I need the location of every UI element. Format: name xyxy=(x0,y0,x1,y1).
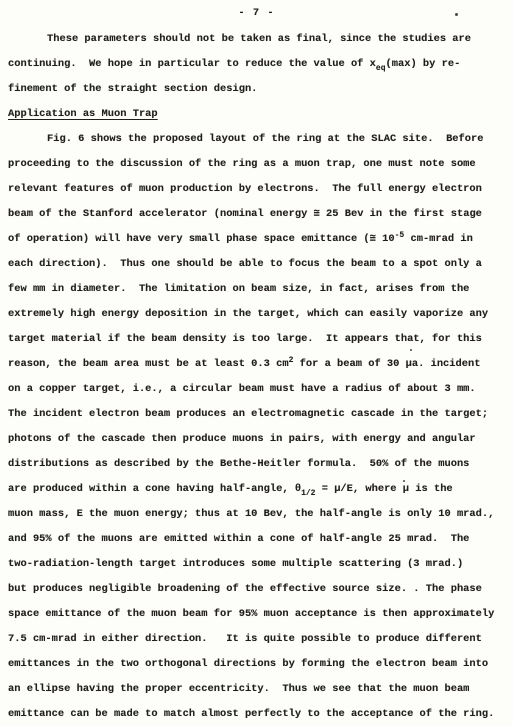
page-number: - 7 - xyxy=(0,7,513,19)
text-line: of operation) will have very small phase… xyxy=(8,227,509,252)
text-line: photons of the cascade then produce muon… xyxy=(8,427,509,452)
text-segment: are produced within a cone having half-a… xyxy=(8,483,301,495)
section-heading: Application as Muon Trap xyxy=(8,102,509,127)
text-block: These parameters should not be taken as … xyxy=(8,27,509,726)
text-segment: cm-mrad in xyxy=(404,233,473,245)
text-line: two-radiation-length target introduces s… xyxy=(8,552,509,577)
text-segment: Application as Muon Trap xyxy=(8,108,158,120)
text-segment: distributions as described by the Bethe-… xyxy=(8,458,469,470)
text-segment: reason, the beam area must be at least 0… xyxy=(8,358,289,370)
document-page: - 7 - These parameters should not be tak… xyxy=(0,0,513,726)
text-segment: proceeding to the discussion of the ring… xyxy=(8,158,476,170)
text-segment: target material if the beam density is t… xyxy=(8,333,482,345)
text-line: muon mass, E the muon energy; thus at 10… xyxy=(8,502,509,527)
text-segment: (max) by re- xyxy=(386,58,461,70)
text-segment: and 95% of the muons are emitted within … xyxy=(8,533,469,545)
text-segment: emittance can be made to match almost pe… xyxy=(8,708,494,720)
text-line: space emittance of the muon beam for 95%… xyxy=(8,602,509,627)
text-segment: = μ/E, where μ is the xyxy=(315,483,452,495)
text-sup-segment: 2 xyxy=(289,356,294,365)
text-segment: each direction). Thus one should be able… xyxy=(8,258,482,270)
text-line: 7.5 cm-mrad in either direction. It is q… xyxy=(8,627,509,652)
text-line: an ellipse having the proper eccentricit… xyxy=(8,677,509,702)
text-line: target material if the beam density is t… xyxy=(8,327,509,352)
text-line: finement of the straight section design. xyxy=(8,77,509,102)
text-segment: few mm in diameter. The limitation on be… xyxy=(8,283,469,295)
text-segment: an ellipse having the proper eccentricit… xyxy=(8,683,469,695)
text-segment: finement of the straight section design. xyxy=(8,83,257,95)
text-segment: photons of the cascade then produce muon… xyxy=(8,433,476,445)
text-line: relevant features of muon production by … xyxy=(8,177,509,202)
text-segment: beam of the Stanford accelerator (nomina… xyxy=(8,208,482,220)
text-line: These parameters should not be taken as … xyxy=(8,27,509,52)
text-segment: relevant features of muon production by … xyxy=(8,183,482,195)
text-line: continuing. We hope in particular to red… xyxy=(8,52,509,77)
text-sub-segment: eq xyxy=(376,64,386,73)
text-line: but produces negligible broadening of th… xyxy=(8,577,509,602)
text-segment: These parameters should not be taken as … xyxy=(47,33,471,45)
text-segment: muon mass, E the muon energy; thus at 10… xyxy=(8,508,494,520)
text-segment: extremely high energy deposition in the … xyxy=(8,308,488,320)
text-segment: continuing. We hope in particular to red… xyxy=(8,58,376,70)
text-line: proceeding to the discussion of the ring… xyxy=(8,152,509,177)
text-segment: two-radiation-length target introduces s… xyxy=(8,558,463,570)
text-line: and 95% of the muons are emitted within … xyxy=(8,527,509,552)
text-segment: of operation) will have very small phase… xyxy=(8,233,395,245)
text-line: are produced within a cone having half-a… xyxy=(8,477,509,502)
text-sub-segment: 1/2 xyxy=(301,489,315,498)
text-line: extremely high energy deposition in the … xyxy=(8,302,509,327)
text-segment: but produces negligible broadening of th… xyxy=(8,583,482,595)
text-sup-segment: -5 xyxy=(395,231,405,240)
text-line: reason, the beam area must be at least 0… xyxy=(8,352,509,377)
text-line: The incident electron beam produces an e… xyxy=(8,402,509,427)
text-line: Fig. 6 shows the proposed layout of the … xyxy=(8,127,509,152)
text-line: each direction). Thus one should be able… xyxy=(8,252,509,277)
text-line: emittances in the two orthogonal directi… xyxy=(8,652,509,677)
text-segment: for a beam of 30 μa. incident xyxy=(293,358,480,370)
text-segment: on a copper target, i.e., a circular bea… xyxy=(8,383,476,395)
text-line: distributions as described by the Bethe-… xyxy=(8,452,509,477)
text-segment: 7.5 cm-mrad in either direction. It is q… xyxy=(8,633,482,645)
text-segment: space emittance of the muon beam for 95%… xyxy=(8,608,494,620)
text-segment: The incident electron beam produces an e… xyxy=(8,408,488,420)
text-segment: emittances in the two orthogonal directi… xyxy=(8,658,488,670)
text-line: beam of the Stanford accelerator (nomina… xyxy=(8,202,509,227)
text-line: emittance can be made to match almost pe… xyxy=(8,702,509,726)
scan-artifact-dot xyxy=(455,13,458,16)
text-line: few mm in diameter. The limitation on be… xyxy=(8,277,509,302)
text-line: on a copper target, i.e., a circular bea… xyxy=(8,377,509,402)
text-segment: Fig. 6 shows the proposed layout of the … xyxy=(47,133,483,145)
